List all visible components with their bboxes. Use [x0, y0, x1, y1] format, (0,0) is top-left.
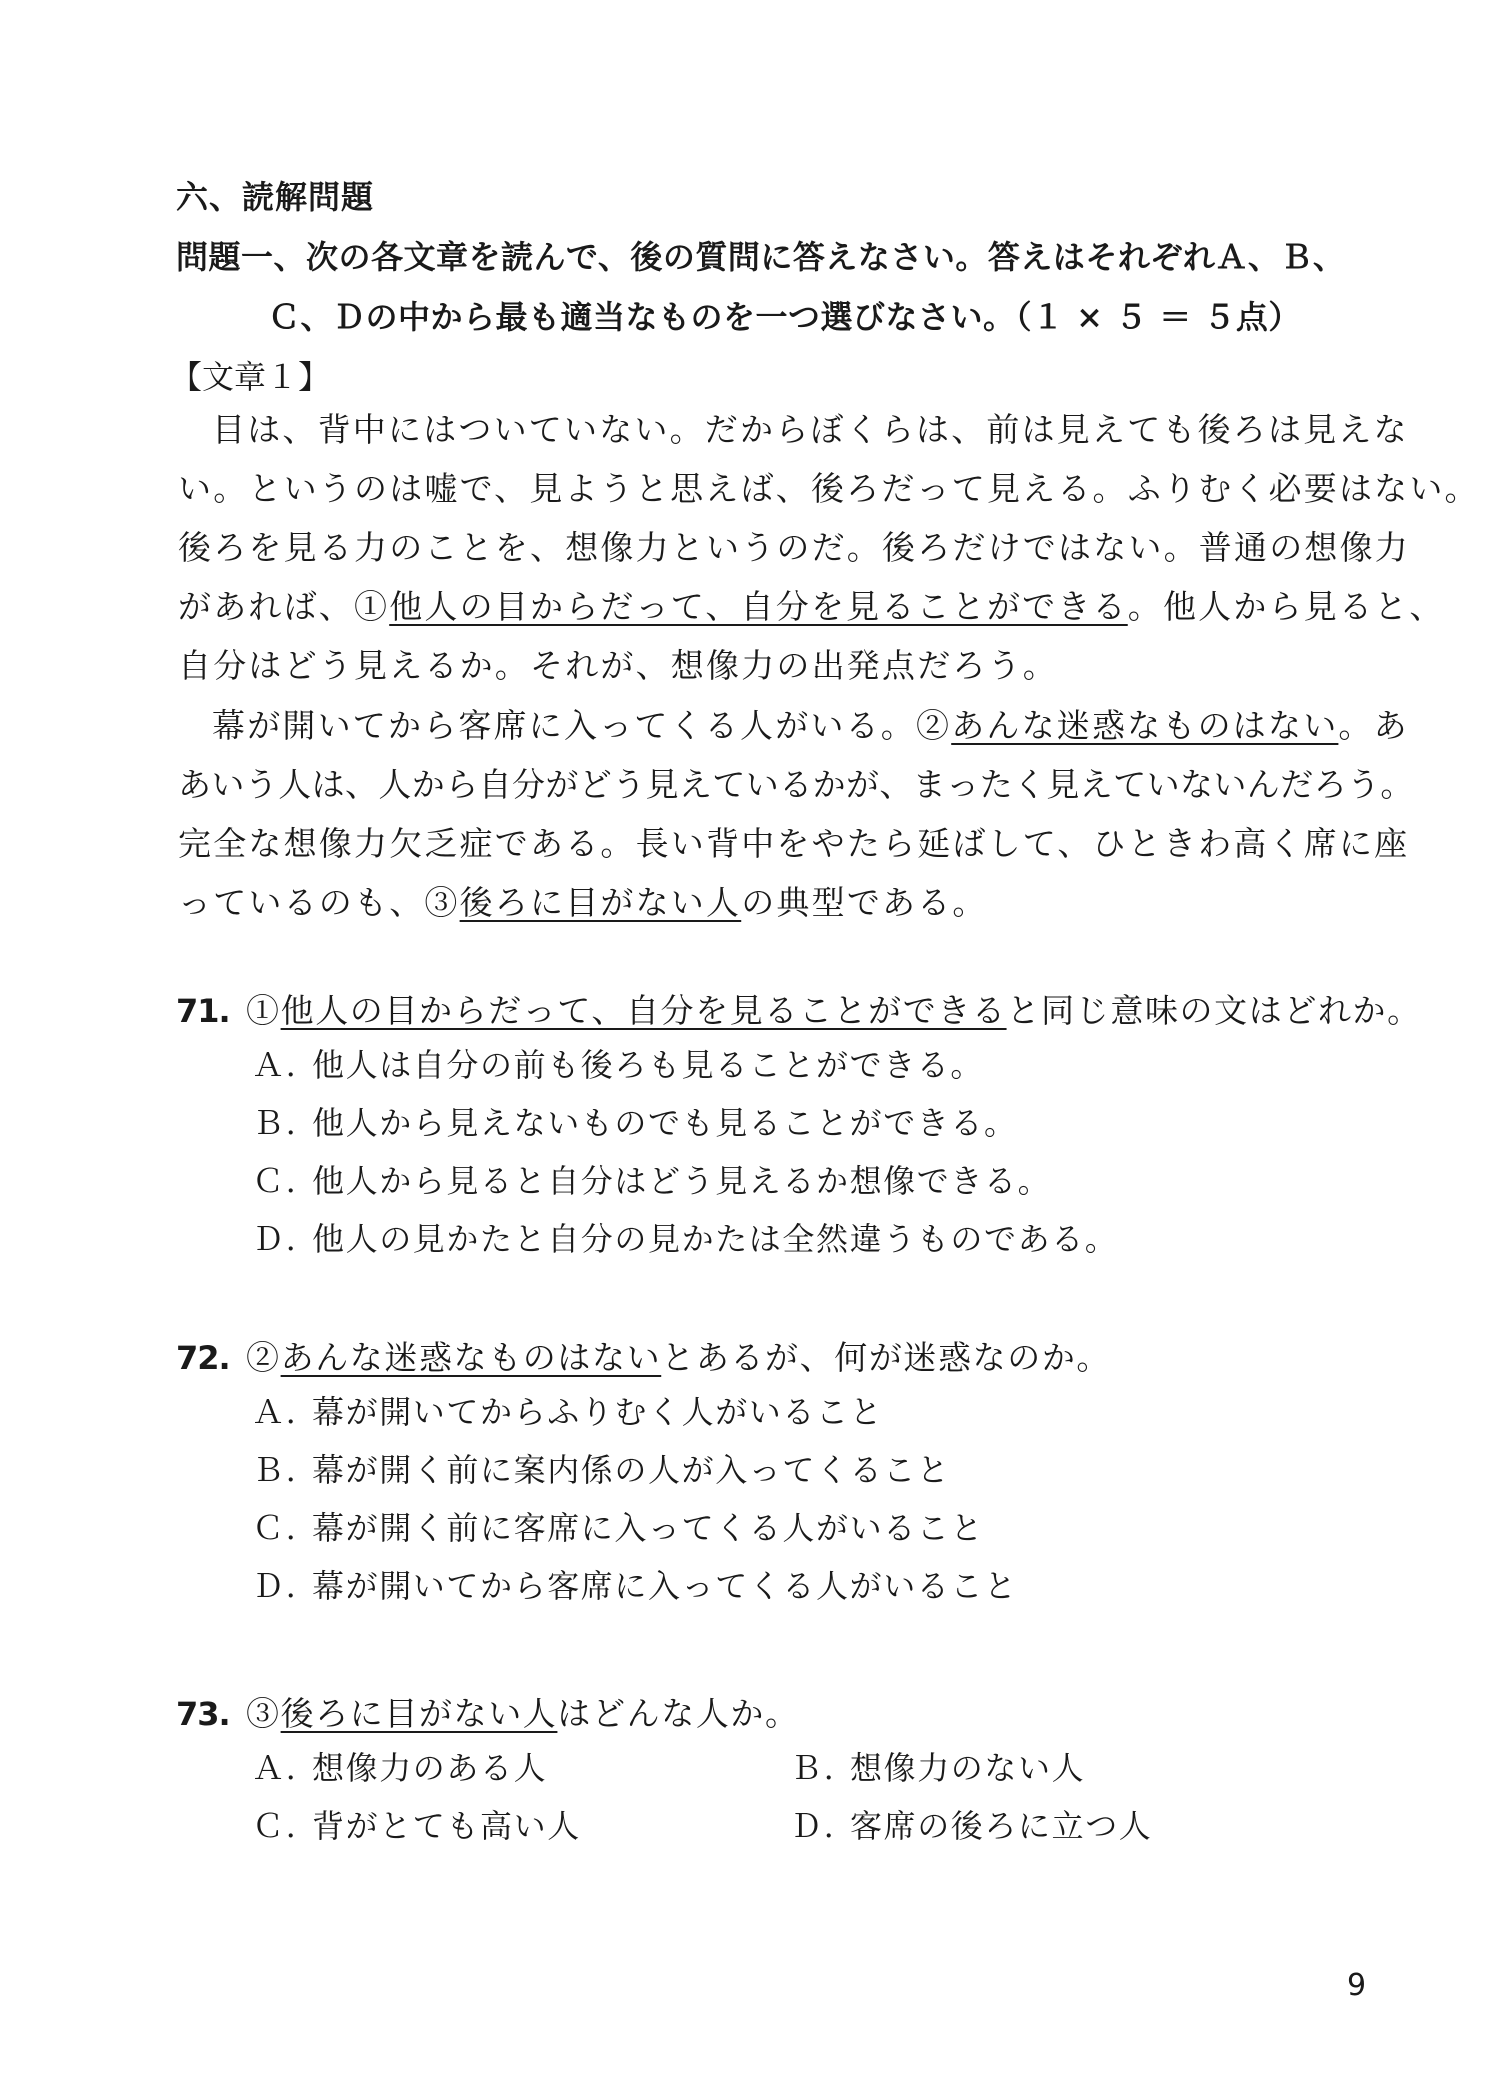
option-letter: Ｃ. — [252, 1801, 312, 1847]
option-c[interactable]: Ｃ.背がとても高い人 — [252, 1801, 581, 1847]
paragraph-line: 幕が開いてから客席に入ってくる人がいる。②あんな迷惑なものはない。あ — [178, 700, 1409, 747]
question-text: と同じ意味の文はどれか。 — [1007, 991, 1422, 1030]
option-d[interactable]: Ｄ.客席の後ろに立つ人 — [790, 1801, 1152, 1847]
option-text: 他人は自分の前も後ろも見ることができる。 — [312, 1046, 984, 1084]
option-letter: Ｄ. — [790, 1801, 850, 1847]
option-text: 他人の見かたと自分の見かたは全然違うものである。 — [312, 1220, 1118, 1258]
paragraph-line: っているのも、③後ろに目がない人の典型である。 — [178, 877, 988, 924]
paragraph-line: い。というのは嘘で、見ようと思えば、後ろだって見える。ふりむく必要はない。 — [178, 463, 1480, 510]
question-number: 72. — [176, 1339, 246, 1377]
option-text: 幕が開く前に案内係の人が入ってくること — [312, 1451, 950, 1489]
text-segment: 。あ — [1338, 706, 1408, 745]
option-c[interactable]: Ｃ.幕が開く前に客席に入ってくる人がいること — [252, 1503, 984, 1549]
option-letter: Ｂ. — [252, 1445, 312, 1491]
option-text: 幕が開いてから客席に入ってくる人がいること — [312, 1567, 1018, 1605]
option-a[interactable]: Ａ.他人は自分の前も後ろも見ることができる。 — [252, 1040, 984, 1086]
reference-mark: ② — [246, 1338, 281, 1377]
paragraph-line: あいう人は、人から自分がどう見えているかが、まったく見えていないんだろう。 — [178, 759, 1414, 806]
reference-mark-2: ② — [916, 706, 951, 745]
option-letter: Ｃ. — [252, 1503, 312, 1549]
underlined-phrase-3: 後ろに目がない人 — [460, 883, 742, 922]
option-b[interactable]: Ｂ.他人から見えないものでも見ることができる。 — [252, 1098, 1018, 1144]
question-number: 73. — [176, 1695, 246, 1733]
option-text: 幕が開いてからふりむく人がいること — [312, 1393, 883, 1431]
underlined-phrase: 他人の目からだって、自分を見ることができる — [281, 991, 1007, 1030]
option-c[interactable]: Ｃ.他人から見ると自分はどう見えるか想像できる。 — [252, 1156, 1051, 1202]
question-text: とあるが、何が迷惑なのか。 — [661, 1338, 1111, 1377]
option-text: 幕が開く前に客席に入ってくる人がいること — [312, 1509, 984, 1547]
reference-mark: ① — [246, 991, 281, 1030]
text-segment: 幕が開いてから客席に入ってくる人がいる。 — [212, 706, 916, 745]
reference-mark-1: ① — [354, 587, 389, 626]
option-letter: Ｂ. — [252, 1098, 312, 1144]
instruction-line-1: 問題一、次の各文章を読んで、後の質問に答えなさい。答えはそれぞれＡ、Ｂ、 — [176, 232, 1345, 278]
option-text: 背がとても高い人 — [312, 1807, 581, 1845]
paragraph-line: 自分はどう見えるか。それが、想像力の出発点だろう。 — [178, 640, 1058, 687]
question-number: 71. — [176, 992, 246, 1030]
paragraph-line: 後ろを見る力のことを、想像力というのだ。後ろだけではない。普通の想像力 — [178, 522, 1410, 569]
reference-mark-3: ③ — [424, 883, 459, 922]
question-stem: 73.③後ろに目がない人はどんな人か。 — [176, 1688, 800, 1735]
option-letter: Ａ. — [252, 1743, 312, 1789]
text-segment: があれば、 — [178, 587, 354, 626]
option-letter: Ｄ. — [252, 1214, 312, 1260]
option-text: 客席の後ろに立つ人 — [850, 1807, 1152, 1845]
option-d[interactable]: Ｄ.幕が開いてから客席に入ってくる人がいること — [252, 1561, 1018, 1607]
paragraph-line: があれば、①他人の目からだって、自分を見ることができる。他人から見ると、 — [178, 581, 1445, 628]
option-a[interactable]: Ａ.想像力のある人 — [252, 1743, 547, 1789]
reference-mark: ③ — [246, 1694, 281, 1733]
underlined-phrase: 後ろに目がない人 — [281, 1694, 558, 1733]
underlined-phrase-1: 他人の目からだって、自分を見ることができる — [389, 587, 1128, 626]
option-letter: Ｃ. — [252, 1156, 312, 1202]
option-letter: Ｂ. — [790, 1743, 850, 1789]
page-number: 9 — [1347, 1968, 1366, 2003]
question-stem: 72.②あんな迷惑なものはないとあるが、何が迷惑なのか。 — [176, 1332, 1111, 1379]
option-text: 想像力のない人 — [850, 1749, 1085, 1787]
option-a[interactable]: Ａ.幕が開いてからふりむく人がいること — [252, 1387, 883, 1433]
text-segment: 。他人から見ると、 — [1128, 587, 1445, 626]
passage-label: 【文章１】 — [170, 352, 330, 398]
text-segment: っているのも、 — [178, 883, 424, 922]
underlined-phrase: あんな迷惑なものはない — [281, 1338, 662, 1377]
question-text: はどんな人か。 — [557, 1694, 799, 1733]
option-letter: Ａ. — [252, 1040, 312, 1086]
underlined-phrase-2: あんな迷惑なものはない — [951, 706, 1338, 745]
option-d[interactable]: Ｄ.他人の見かたと自分の見かたは全然違うものである。 — [252, 1214, 1118, 1260]
option-letter: Ｄ. — [252, 1561, 312, 1607]
option-text: 他人から見えないものでも見ることができる。 — [312, 1104, 1018, 1142]
option-b[interactable]: Ｂ.想像力のない人 — [790, 1743, 1085, 1789]
paragraph-line: 完全な想像力欠乏症である。長い背中をやたら延ばして、ひときわ高く席に座 — [178, 818, 1409, 865]
question-stem: 71.①他人の目からだって、自分を見ることができると同じ意味の文はどれか。 — [176, 985, 1422, 1032]
option-letter: Ａ. — [252, 1387, 312, 1433]
paragraph-line: 目は、背中にはついていない。だからぼくらは、前は見えても後ろは見えな — [178, 404, 1409, 451]
text-segment: の典型である。 — [741, 883, 987, 922]
option-text: 想像力のある人 — [312, 1749, 547, 1787]
option-b[interactable]: Ｂ.幕が開く前に案内係の人が入ってくること — [252, 1445, 950, 1491]
instruction-line-2: Ｃ、Ｄの中から最も適当なものを一つ選びなさい。（１ × ５ ＝ ５点） — [268, 292, 1301, 338]
option-text: 他人から見ると自分はどう見えるか想像できる。 — [312, 1162, 1051, 1200]
section-heading: 六、読解問題 — [176, 172, 374, 218]
